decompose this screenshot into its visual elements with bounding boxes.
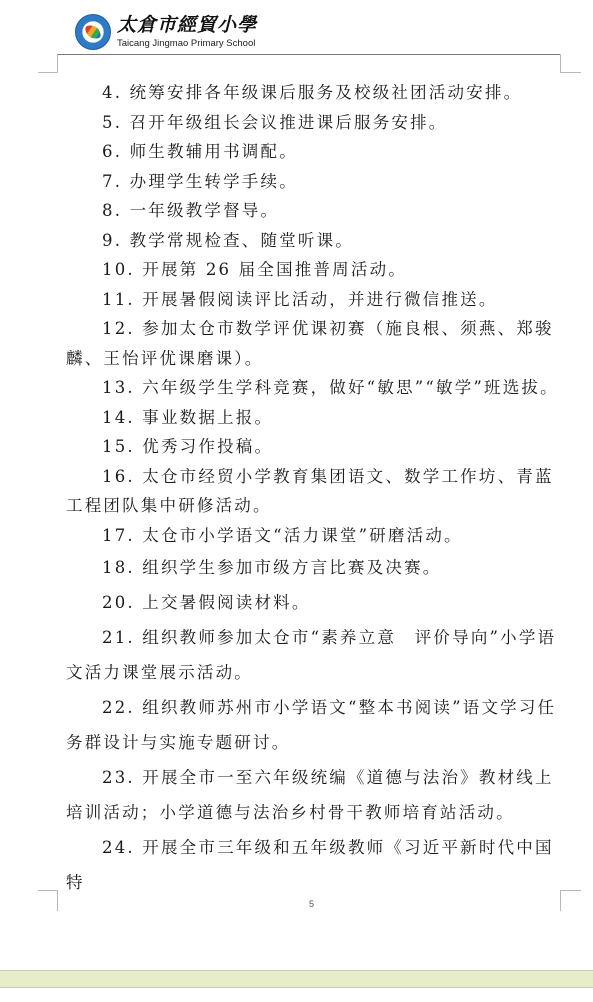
list-item: 7. 办理学生转学手续。 (66, 167, 562, 197)
crop-mark-top-left (38, 54, 58, 73)
list-item: 12. 参加太仓市数学评优课初赛（施良根、须燕、郑骏麟、王怡评优课磨课）。 (66, 314, 562, 373)
list-item: 21. 组织教师参加太仓市“素养立意 评价导向”小学语文活力课堂展示活动。 (66, 620, 562, 690)
list-item: 24. 开展全市三年级和五年级教师《习近平新时代中国特 (66, 830, 562, 900)
list-item: 15. 优秀习作投稿。 (66, 432, 562, 462)
school-name-cn: 太倉市經貿小學 (117, 16, 257, 35)
page-header: 太倉市經貿小學 Taicang Jingmao Primary School (75, 10, 257, 54)
page-separator-bar (0, 970, 593, 988)
document-page: 太倉市經貿小學 Taicang Jingmao Primary School 4… (0, 0, 593, 1002)
list-item: 8. 一年级教学督导。 (66, 196, 562, 226)
list-item: 23. 开展全市一至六年级统编《道德与法治》教材线上培训活动；小学道德与法治乡村… (66, 760, 562, 830)
list-item: 18. 组织学生参加市级方言比赛及决赛。 (66, 550, 562, 585)
school-name-block: 太倉市經貿小學 Taicang Jingmao Primary School (117, 16, 257, 49)
list-item: 17. 太仓市小学语文“活力课堂”研磨活动。 (66, 521, 562, 551)
school-name-en: Taicang Jingmao Primary School (117, 39, 257, 49)
list-item: 11. 开展暑假阅读评比活动，并进行微信推送。 (66, 285, 562, 315)
list-item: 16. 太仓市经贸小学教育集团语文、数学工作坊、青蓝工程团队集中研修活动。 (66, 462, 562, 521)
crop-mark-bottom-left (38, 890, 58, 911)
list-item: 9. 教学常规检查、随堂听课。 (66, 226, 562, 256)
list-item: 20. 上交暑假阅读材料。 (66, 585, 562, 620)
crop-mark-bottom-right (560, 890, 581, 911)
list-item: 22. 组织教师苏州市小学语文“整本书阅读”语文学习任务群设计与实施专题研讨。 (66, 690, 562, 760)
list-item: 5. 召开年级组长会议推进课后服务安排。 (66, 108, 562, 138)
list-item: 6. 师生教辅用书调配。 (66, 137, 562, 167)
list-item: 14. 事业数据上报。 (66, 403, 562, 433)
header-divider (57, 54, 560, 55)
page-number: 5 (309, 899, 314, 909)
list-item: 13. 六年级学生学科竞赛，做好“敏思”“敏学”班选拔。 (66, 373, 562, 403)
list-item: 4. 统筹安排各年级课后服务及校级社团活动安排。 (66, 78, 562, 108)
school-emblem-icon (75, 14, 111, 50)
document-body: 4. 统筹安排各年级课后服务及校级社团活动安排。 5. 召开年级组长会议推进课后… (66, 78, 562, 900)
crop-mark-top-right (560, 54, 581, 73)
list-item: 10. 开展第 26 届全国推普周活动。 (66, 255, 562, 285)
